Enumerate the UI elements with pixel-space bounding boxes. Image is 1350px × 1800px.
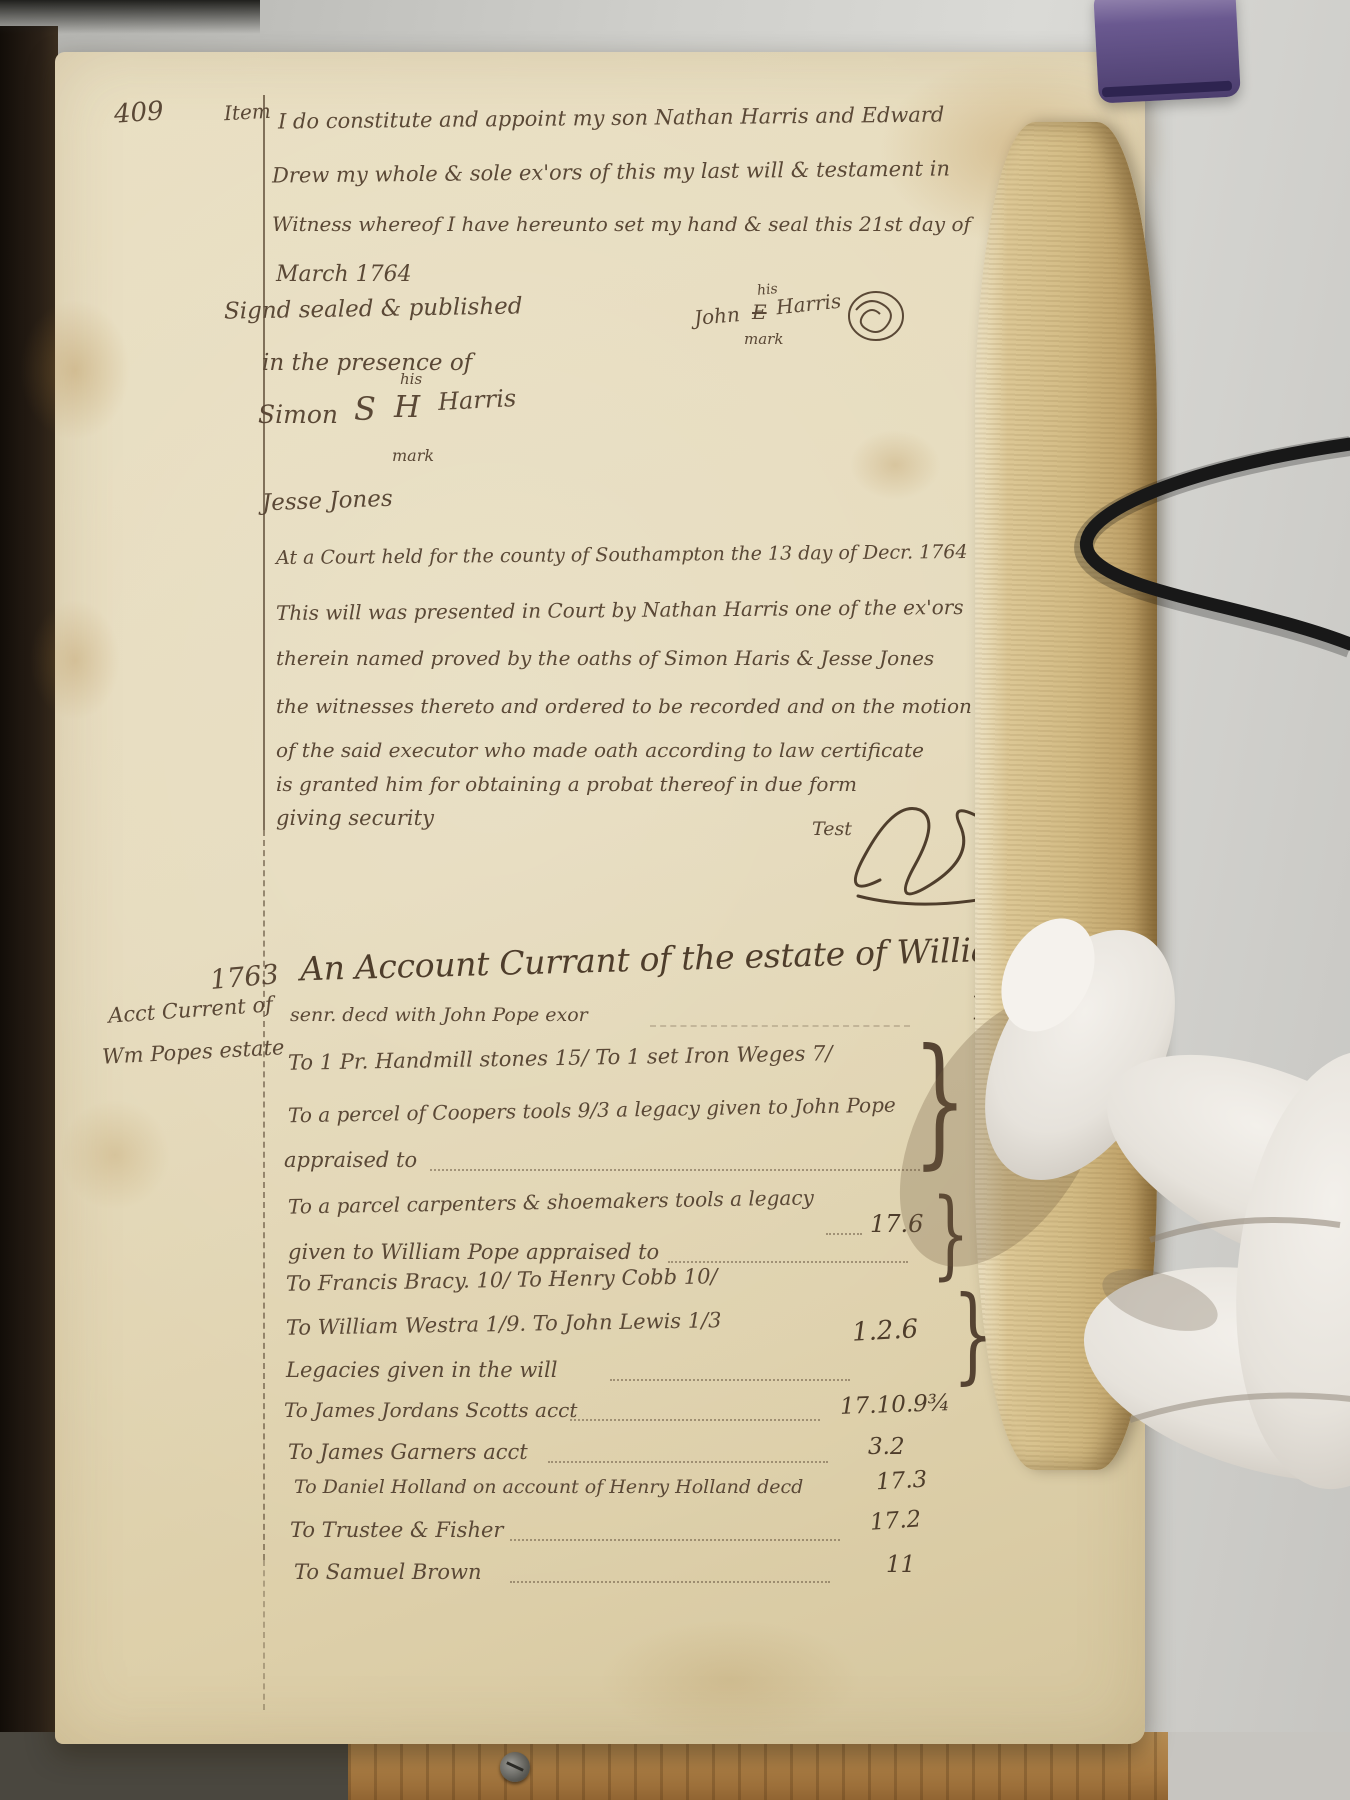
witness-simon-last: Harris (437, 384, 517, 416)
book-spine-cloth (975, 122, 1157, 1470)
witness-simon-mark: mark (392, 446, 434, 465)
account-entry: Legacies given in the will (286, 1358, 557, 1382)
margin-rule-line (263, 95, 265, 830)
account-entry: To James Garners acct (288, 1440, 528, 1464)
account-entry: appraised to (284, 1148, 417, 1172)
will-line: March 1764 (276, 262, 412, 287)
amount-value: 17.10.9¾ (840, 1390, 951, 1420)
book-cover-edge (0, 26, 58, 1786)
account-subheading: senr. decd with John Pope exor (290, 1004, 588, 1026)
witness-john-mark-symbol: E (752, 300, 767, 324)
will-line: Witness whereof I have hereunto set my h… (272, 212, 971, 236)
witness-simon-first: Simon (258, 400, 338, 429)
table-shadow-top-left (0, 0, 260, 34)
account-entry: To Samuel Brown (294, 1560, 481, 1584)
account-margin-year: 1763 (209, 959, 280, 996)
court-line: therein named proved by the oaths of Sim… (276, 646, 934, 670)
amount-value: 1.2.6 (851, 1314, 919, 1347)
account-entry: given to William Pope appraised to (288, 1240, 659, 1264)
amount-value: 3.2 (868, 1434, 905, 1460)
will-line: Signd sealed & published (224, 293, 523, 324)
witness-john-mark: mark (744, 330, 783, 348)
witness-john-first: John (693, 302, 741, 330)
witness-simon-his: his (400, 370, 422, 388)
court-line: the witnesses thereto and ordered to be … (276, 694, 972, 718)
folio-number: 409 (113, 96, 165, 129)
account-entry: To Daniel Holland on account of Henry Ho… (294, 1476, 803, 1498)
witness-simon-letter-h: H (394, 390, 420, 425)
account-entry: To James Jordans Scotts acct (284, 1398, 577, 1422)
margin-rule-line-lower (263, 830, 265, 1560)
amount-value: 17.6 (870, 1210, 923, 1238)
margin-item-label: Item (223, 99, 271, 125)
will-line: in the presence of (262, 350, 472, 376)
court-line: is granted him for obtaining a probat th… (276, 772, 857, 796)
witness-jesse: Jesse Jones (262, 486, 393, 517)
entry-brace: } (932, 1186, 970, 1282)
amount-value: 17.2 (869, 1506, 922, 1536)
amount-value: 11 (886, 1552, 915, 1578)
court-line: of the said executor who made oath accor… (276, 738, 924, 762)
account-entry: To Trustee & Fisher (290, 1518, 503, 1542)
court-line: giving security (276, 806, 434, 830)
amount-value: 17.3 (875, 1467, 928, 1496)
test-label: Test (812, 818, 852, 840)
entry-brace: } (913, 1031, 967, 1172)
margin-rule-line-bottom (263, 1560, 265, 1710)
witness-simon-letter-s: S (354, 390, 376, 428)
table-bottom-right (1168, 1732, 1350, 1800)
photo-of-manuscript: 409 Item I do constitute and appoint my … (0, 0, 1350, 1800)
